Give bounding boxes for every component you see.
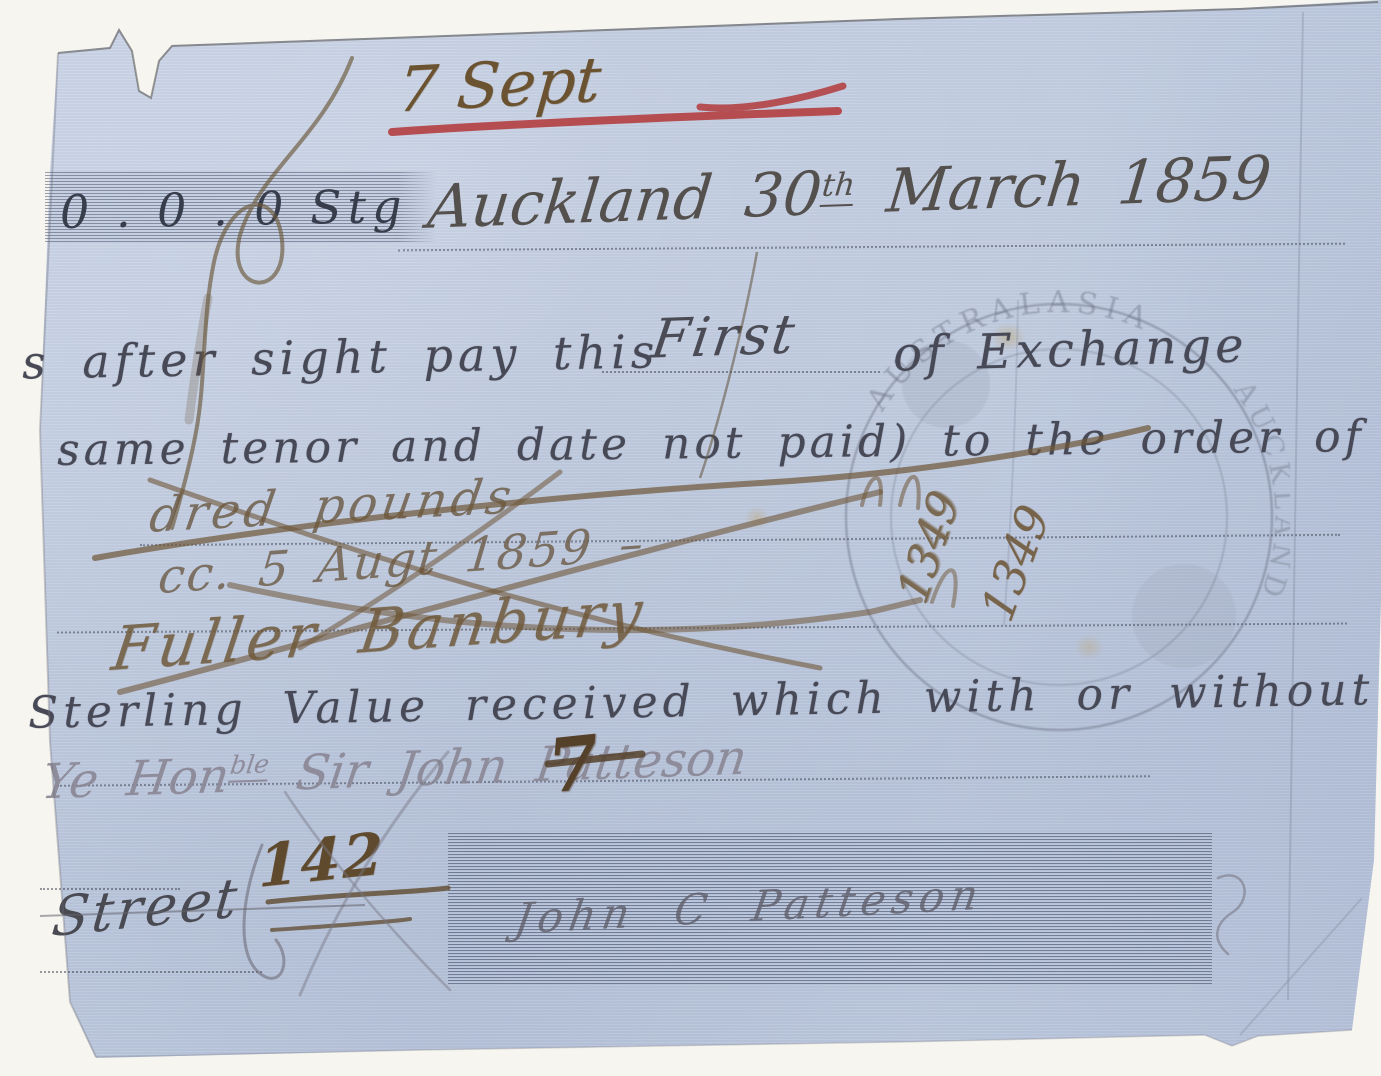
pen-strokes-overlay: [0, 0, 1381, 1076]
crossout-strokes: [95, 428, 1148, 692]
paper-edge-left: [40, 53, 96, 1057]
red-underline-stroke: [392, 111, 838, 132]
paper-edge-shadow: [58, 2, 1378, 98]
crease-line: [1288, 12, 1303, 1000]
pencil-diagonals: [285, 752, 450, 995]
crease-line: [1004, 300, 1018, 625]
red-tick-stroke: [700, 86, 843, 108]
paper-edge-bottom: [96, 1030, 1352, 1057]
ink-stroke-vertical: [700, 252, 757, 478]
pencil-curl: [244, 845, 284, 978]
signature-flourish: [1217, 875, 1244, 954]
scanned-bill-of-exchange: AUSTRALASIA AUCKLAND 7 Sept Auckland 30t…: [0, 0, 1381, 1076]
number-flourishes: [268, 888, 448, 930]
ink-flourish: [172, 58, 352, 528]
seven-crossbar: [548, 754, 642, 764]
ink-check-mark: [932, 570, 956, 606]
street-underline: [40, 905, 365, 916]
crease-line: [1240, 898, 1362, 1035]
